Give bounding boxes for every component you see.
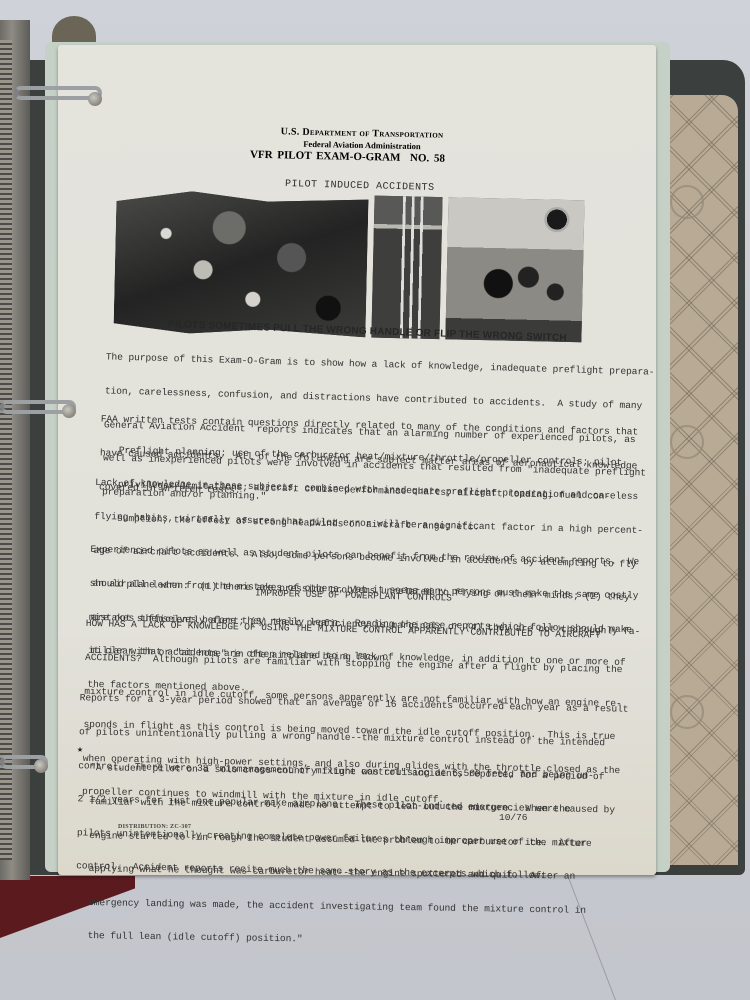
issue-number: NO. 58 (410, 152, 445, 165)
ring-tip (88, 92, 102, 106)
text-line: HOW HAS A LACK OF KNOWLEDGE OF USING THE… (86, 618, 624, 641)
ring-tip (62, 404, 76, 418)
text-line: Experienced pilots as well as student pi… (90, 544, 639, 568)
cockpit-instrument-panel-photo (113, 190, 368, 338)
binder-spine-coil (0, 40, 12, 860)
liner-emblem-icon (670, 185, 704, 219)
text-line: applying what he thought was carburetor … (89, 863, 593, 882)
case-report-quote: "A student pilot on a solo cross-country… (87, 740, 594, 961)
text-line: Lack of knowledge in these subjects, com… (95, 477, 644, 503)
ring-tip (34, 759, 48, 773)
control-knobs-photo (445, 197, 584, 342)
distribution-code: DISTRIBUTION: ZC-307 (118, 824, 191, 830)
issue-date: 10/76 (499, 812, 528, 823)
text-line: emergency landing was made, the accident… (88, 897, 592, 916)
star-bullet-icon: ★ (77, 744, 83, 756)
throttle-quadrant-photo (371, 196, 442, 340)
liner-emblem-icon (670, 695, 704, 729)
liner-emblem-icon (670, 425, 704, 459)
text-line: The purpose of this Exam-O-Gram is to sh… (106, 352, 655, 379)
text-line: the full lean (idle cutoff) position." (88, 930, 592, 949)
text-line: Reports for a 3-year period showed that … (80, 693, 629, 716)
text-line: engine started to run rough the student … (89, 830, 593, 849)
text-line: "A student pilot on a solo cross-country… (90, 762, 594, 781)
